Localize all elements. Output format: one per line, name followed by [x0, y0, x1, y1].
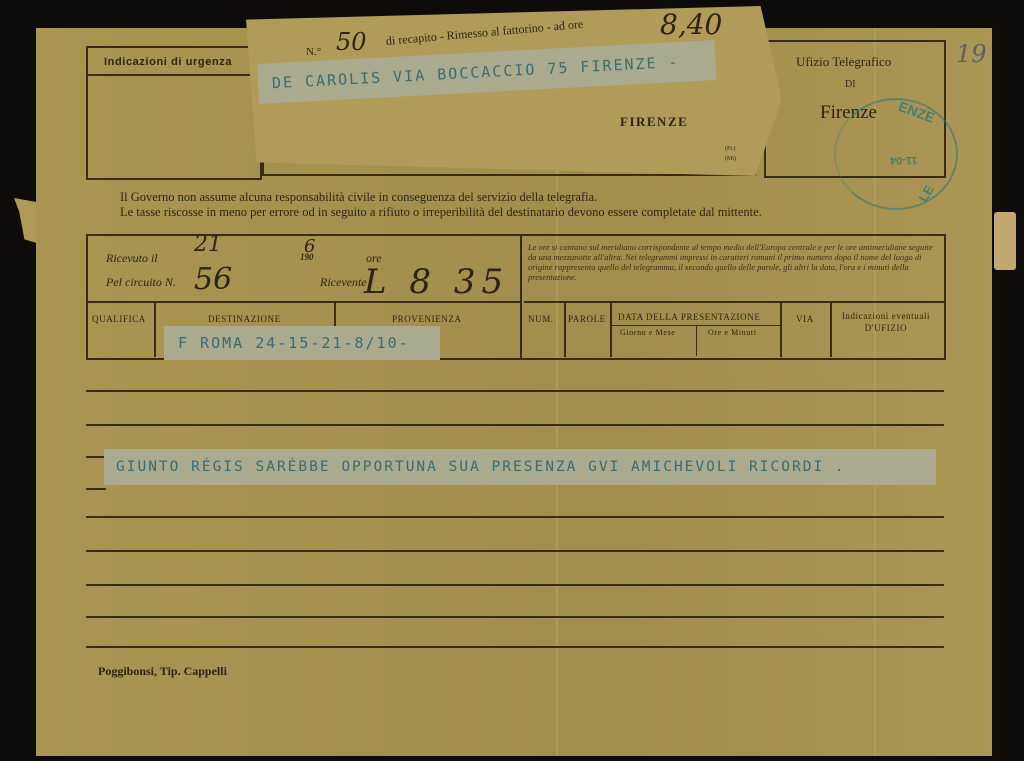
instructions-text: Le ore si contano sul meridiano corrispo… — [528, 242, 938, 282]
col-data-presentazione: DATA DELLA PRESENTAZIONE — [618, 312, 760, 322]
office-di: DI — [845, 79, 856, 90]
circuito-value: 56 — [194, 262, 232, 297]
col-via: VIA — [796, 314, 814, 324]
instructions-row-rule — [524, 301, 944, 303]
message-line — [86, 390, 944, 392]
message-line — [86, 456, 106, 458]
col-num: NUM. — [528, 314, 554, 324]
mi-label: (Mi) — [725, 156, 736, 162]
ricevuto-day: 21 — [194, 232, 222, 257]
ricevente-value: L 8 35 — [364, 262, 509, 302]
message-body-tape: GIUNTO RÉGIS SARÉBBE OPPORTUNA SUA PRESE… — [104, 449, 936, 485]
delivery-time: 8,40 — [660, 8, 722, 41]
message-line — [86, 646, 944, 648]
fr-label: (Fr.) — [725, 146, 736, 152]
col-parole: PAROLE — [568, 314, 606, 324]
ricevuto-label: Ricevuto il — [106, 251, 158, 266]
archive-number: 19 — [956, 40, 987, 68]
col-destinazione: DESTINAZIONE — [208, 314, 281, 324]
subcol-giorno-mese: Giorno e Mese — [620, 328, 675, 337]
col-provenienza: PROVENIENZA — [392, 314, 462, 324]
paper-tab-right — [994, 212, 1016, 270]
message-line — [86, 516, 944, 518]
circuito-label: Pel circuito N. — [106, 275, 176, 290]
urgency-label: Indicazioni di urgenza — [104, 56, 232, 68]
col-divider — [610, 303, 612, 357]
ricevente-label: Ricevente — [320, 275, 367, 290]
col-divider — [154, 303, 156, 357]
flap-number-label: N.° — [306, 46, 321, 58]
provenienza-tape: F ROMA 24-15-21-8/10- — [164, 326, 440, 360]
col-qualifica: QUALIFICA — [92, 314, 146, 324]
message-line — [86, 616, 944, 618]
reception-row-rule — [86, 301, 520, 303]
flap-city: FIRENZE — [620, 114, 688, 130]
col-ufizio: Indicazioni eventuali D'UFIZIO — [834, 310, 938, 334]
col-divider — [780, 303, 782, 357]
printer-imprint: Poggibonsi, Tip. Cappelli — [98, 664, 227, 679]
reception-divider — [520, 234, 522, 358]
message-line — [86, 550, 944, 552]
flap-number-value: 50 — [336, 28, 367, 56]
subheader-rule — [612, 325, 780, 326]
office-title: Ufizio Telegrafico — [796, 54, 891, 70]
subcol-divider — [696, 326, 697, 356]
message-line — [86, 424, 944, 426]
year-prefix: 190 — [300, 252, 314, 262]
col-divider — [830, 303, 832, 357]
urgency-divider — [86, 74, 260, 76]
message-line — [86, 584, 944, 586]
notice-line-1: Il Governo non assume alcuna responsabil… — [120, 190, 597, 205]
stamp-date: 11-04 — [890, 154, 918, 166]
col-divider — [564, 303, 566, 357]
notice-line-2: Le tasse riscosse in meno per errore od … — [120, 205, 762, 220]
subcol-ore-minuti: Ore e Minuti — [708, 328, 757, 337]
message-line — [86, 488, 106, 490]
